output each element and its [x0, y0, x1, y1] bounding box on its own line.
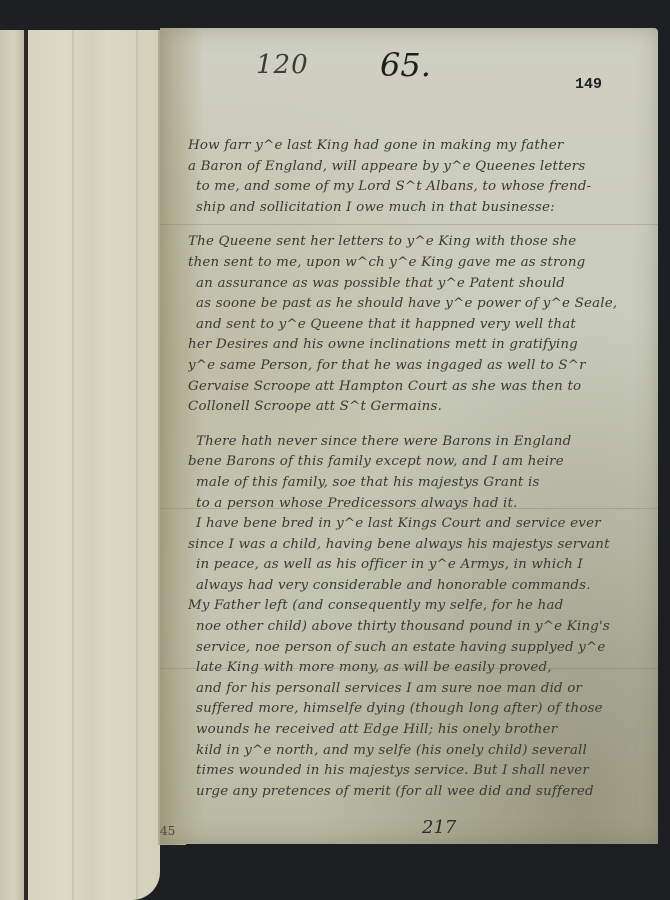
- text-line: suffered more, himselfe dying (though lo…: [188, 699, 648, 720]
- text-line: her Desires and his owne inclinations me…: [188, 335, 648, 356]
- text-line: since I was a child, having bene always …: [188, 535, 648, 556]
- text-line: as soone be past as he should have y^e p…: [188, 294, 648, 315]
- text-line: male of this family, soe that his majest…: [188, 473, 648, 494]
- text-line: Gervaise Scroope att Hampton Court as sh…: [188, 377, 648, 398]
- text-line: I have bene bred in y^e last Kings Court…: [188, 514, 648, 535]
- text-line: The Queene sent her letters to y^e King …: [188, 232, 648, 253]
- text-line: times wounded in his majestys service. B…: [188, 761, 648, 782]
- text-line: late King with more mony, as will be eas…: [188, 658, 648, 679]
- folio-number-pencil: 120: [256, 50, 309, 80]
- text-line: How farr y^e last King had gone in makin…: [188, 136, 648, 157]
- text-line: kild in y^e north, and my selfe (his one…: [188, 741, 648, 762]
- text-line: to a person whose Predicessors always ha…: [188, 494, 648, 515]
- text-line: There hath never since there were Barons…: [188, 432, 648, 453]
- catchword-page-number: 217: [422, 817, 456, 838]
- guard-crease: [136, 30, 138, 900]
- text-line: Collonell Scroope att S^t Germains.: [188, 397, 648, 418]
- adjacent-leaf-edge: [0, 30, 24, 900]
- folio-stamp-number: 149: [575, 76, 602, 93]
- paragraph: How farr y^e last King had gone in makin…: [188, 136, 648, 218]
- text-line: urge any pretences of merit (for all wee…: [188, 782, 648, 803]
- text-line: and for his personall services I am sure…: [188, 679, 648, 700]
- text-line: an assurance as was possible that y^e Pa…: [188, 274, 648, 295]
- guard-crease: [72, 30, 74, 900]
- text-line: a Baron of England, will appeare by y^e …: [188, 157, 648, 178]
- text-line: bene Barons of this family except now, a…: [188, 452, 648, 473]
- text-line: y^e same Person, for that he was ingaged…: [188, 356, 648, 377]
- text-line: noe other child) above thirty thousand p…: [188, 617, 648, 638]
- text-line: wounds he received att Edge Hill; his on…: [188, 720, 648, 741]
- manuscript-text: How farr y^e last King had gone in makin…: [188, 136, 648, 802]
- text-line: to me, and some of my Lord S^t Albans, t…: [188, 177, 648, 198]
- text-line: in peace, as well as his officer in y^e …: [188, 555, 648, 576]
- text-line: then sent to me, upon w^ch y^e King gave…: [188, 253, 648, 274]
- text-line: service, noe person of such an estate ha…: [188, 638, 648, 659]
- text-line: ship and sollicitation I owe much in tha…: [188, 198, 648, 219]
- paragraph: The Queene sent her letters to y^e King …: [188, 232, 648, 417]
- manuscript-sheet: 120 65. 149 How farr y^e last King had g…: [160, 28, 658, 844]
- text-line: and sent to y^e Queene that it happned v…: [188, 315, 648, 336]
- document-viewer: 120 65. 149 How farr y^e last King had g…: [0, 0, 670, 900]
- corner-mark: 45: [160, 824, 175, 838]
- folio-number-ink: 65.: [380, 46, 431, 84]
- text-line: My Father left (and consequently my self…: [188, 596, 648, 617]
- guard-leaf: [28, 30, 160, 900]
- paragraph: There hath never since there were Barons…: [188, 432, 648, 803]
- text-line: always had very considerable and honorab…: [188, 576, 648, 597]
